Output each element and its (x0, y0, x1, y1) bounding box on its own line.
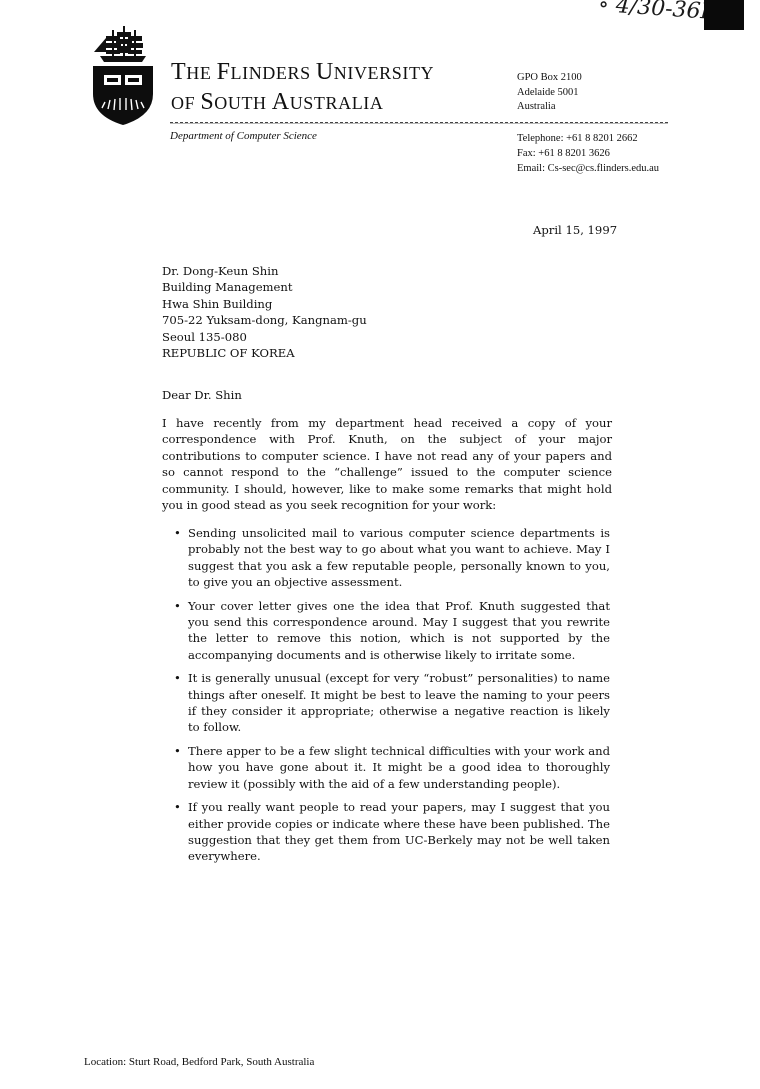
handwritten-annotation: ∘ 4/30-36L (597, 0, 716, 25)
address-line: Building Management (162, 279, 367, 295)
university-name-line-2: OF SOUTH AUSTRALIA (171, 88, 434, 118)
recipient-address: Dr. Dong-Keun Shin Building Management H… (162, 263, 367, 361)
bullet-icon: • (174, 743, 181, 759)
postal-address: GPO Box 2100 Adelaide 5001 Australia (517, 71, 582, 115)
university-crest-icon (90, 22, 156, 126)
address-line: 705-22 Yuksam-dong, Kangnam-gu (162, 312, 367, 328)
list-item: •It is generally unusual (except for ver… (174, 670, 610, 736)
list-item-text: Sending unsolicited mail to various comp… (188, 526, 610, 589)
footer-location: Location: Sturt Road, Bedford Park, Sout… (84, 1056, 314, 1068)
list-item-text: Your cover letter gives one the idea tha… (188, 599, 610, 662)
bullet-icon: • (174, 670, 181, 686)
list-item: •There apper to be a few slight technica… (174, 743, 610, 792)
list-item: •Your cover letter gives one the idea th… (174, 598, 610, 664)
address-line: REPUBLIC OF KOREA (162, 345, 367, 361)
list-item-text: If you really want people to read your p… (188, 800, 610, 863)
list-item-text: There apper to be a few slight technical… (188, 744, 610, 791)
intro-paragraph: I have recently from my department head … (162, 415, 612, 513)
letter-date: April 15, 1997 (533, 222, 617, 238)
address-line: Seoul 135-080 (162, 329, 367, 345)
bullet-icon: • (174, 799, 181, 815)
address-line: Dr. Dong-Keun Shin (162, 263, 367, 279)
department-name: Department of Computer Science (170, 130, 317, 142)
postal-line: Australia (517, 100, 582, 115)
email: Email: Cs-sec@cs.flinders.edu.au (517, 161, 659, 176)
university-name-line-1: THE FLINDERS UNIVERSITY (171, 58, 434, 88)
postal-line: Adelaide 5001 (517, 86, 582, 101)
telephone: Telephone: +61 8 8201 2662 (517, 131, 659, 146)
postal-line: GPO Box 2100 (517, 71, 582, 86)
salutation: Dear Dr. Shin (162, 387, 242, 403)
redaction-block (704, 0, 744, 30)
list-item: •If you really want people to read your … (174, 799, 610, 865)
list-item: •Sending unsolicited mail to various com… (174, 525, 610, 591)
university-name: THE FLINDERS UNIVERSITY OF SOUTH AUSTRAL… (171, 58, 434, 118)
remarks-list: •Sending unsolicited mail to various com… (174, 525, 610, 872)
list-item-text: It is generally unusual (except for very… (188, 671, 610, 734)
address-line: Hwa Shin Building (162, 296, 367, 312)
bullet-icon: • (174, 598, 181, 614)
letterhead-divider-shadow (170, 123, 668, 124)
contact-info: Telephone: +61 8 8201 2662 Fax: +61 8 82… (517, 131, 659, 176)
bullet-icon: • (174, 525, 181, 541)
fax: Fax: +61 8 8201 3626 (517, 146, 659, 161)
